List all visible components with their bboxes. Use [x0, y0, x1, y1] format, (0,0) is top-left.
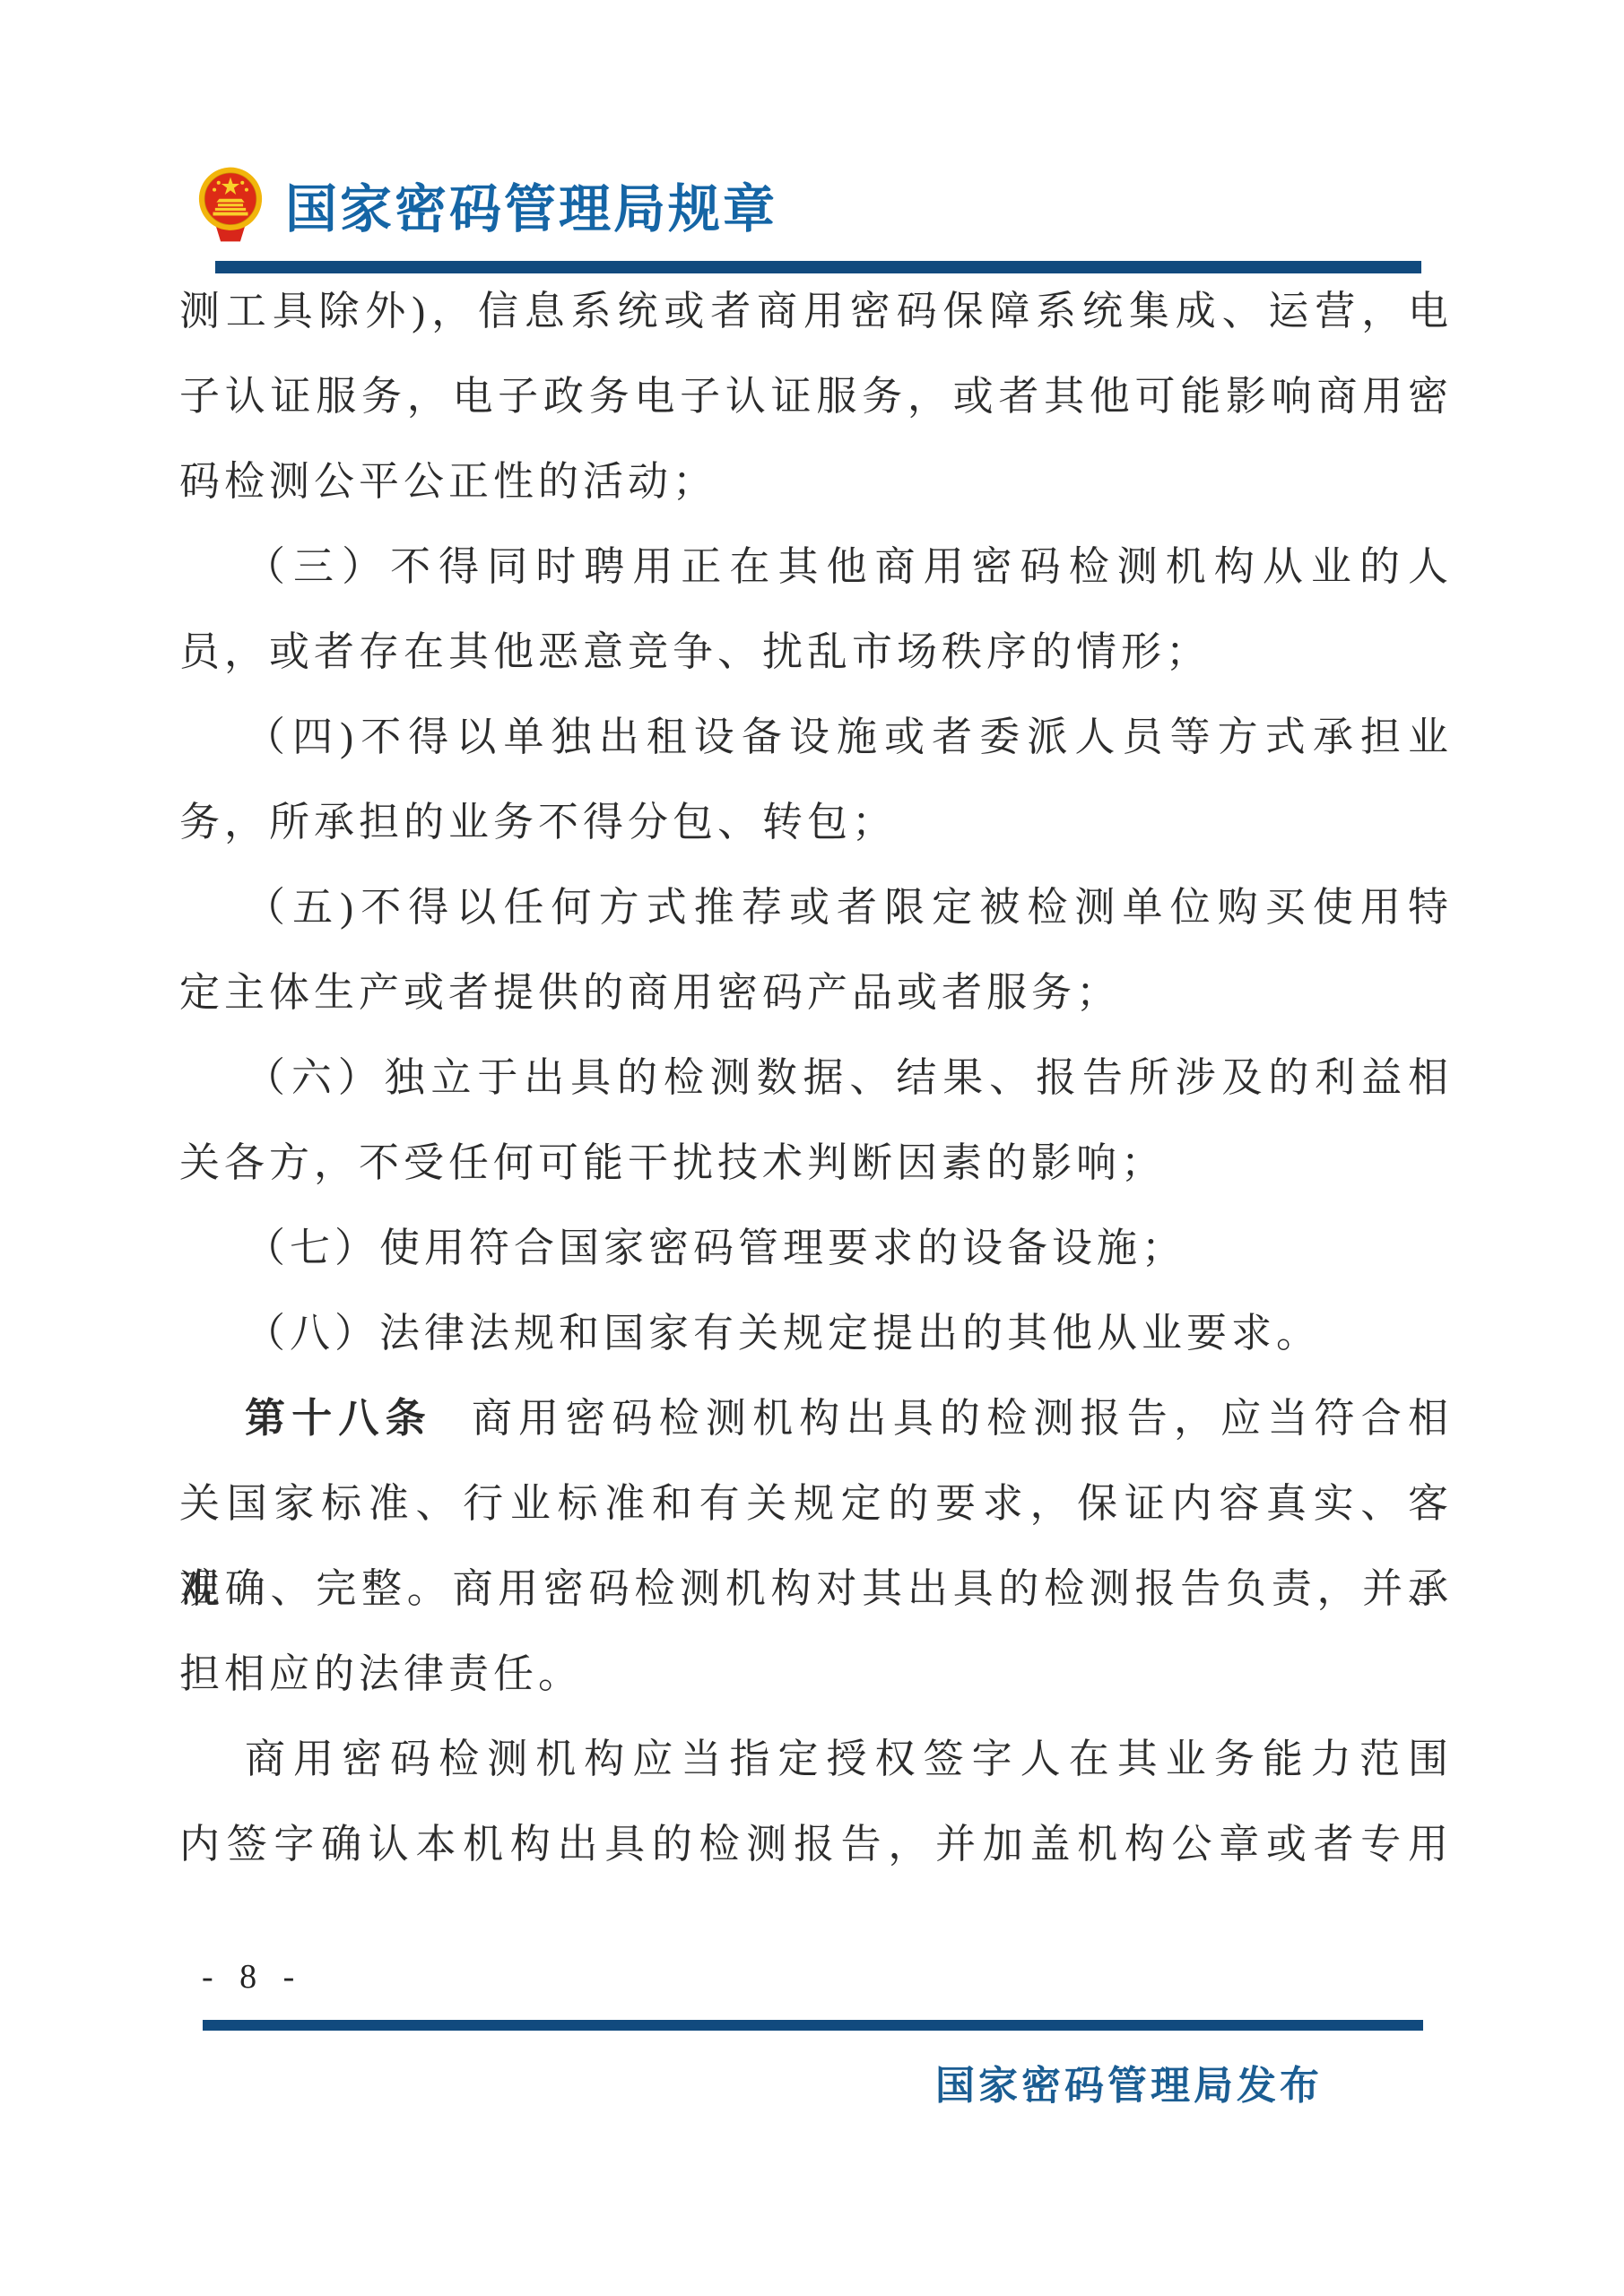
- article-text: 商用密码检测机构出具的检测报告，应当符合相: [472, 1396, 1453, 1441]
- article-number: 第十八条: [245, 1396, 432, 1441]
- body-line: 内签字确认本机构出具的检测报告，并加盖机构公章或者专用: [179, 1802, 1453, 1887]
- body-line: （八）法律法规和国家有关规定提出的其他从业要求。: [179, 1291, 1453, 1376]
- body-line: （六）独立于出具的检测数据、结果、报告所涉及的利益相: [179, 1035, 1453, 1121]
- body-line: 准确、完整。商用密码检测机构对其出具的检测报告负责，并承: [179, 1547, 1453, 1632]
- body-line: 担相应的法律责任。: [179, 1632, 1453, 1717]
- national-emblem-icon: [195, 166, 265, 243]
- body-line: （七）使用符合国家密码管理要求的设备设施；: [179, 1206, 1453, 1291]
- page-header: 国家密码管理局规章: [195, 166, 777, 243]
- body-line: （三）不得同时聘用正在其他商用密码检测机构从业的人: [179, 524, 1453, 610]
- document-body: 测工具除外)，信息系统或者商用密码保障系统集成、运营，电 子认证服务，电子政务电…: [179, 269, 1453, 1887]
- body-line: （四)不得以单独出租设备设施或者委派人员等方式承担业: [179, 695, 1453, 780]
- body-line: 员，或者存在其他恶意竞争、扰乱市场秩序的情形；: [179, 610, 1453, 695]
- body-line: 子认证服务，电子政务电子认证服务，或者其他可能影响商用密: [179, 354, 1453, 439]
- body-line: 关各方，不受任何可能干扰技术判断因素的影响；: [179, 1121, 1453, 1206]
- document-page: 国家密码管理局规章 测工具除外)，信息系统或者商用密码保障系统集成、运营，电 子…: [0, 0, 1624, 2296]
- page-number: - 8 -: [202, 1953, 303, 2001]
- body-line: （五)不得以任何方式推荐或者限定被检测单位购买使用特: [179, 865, 1453, 950]
- footer-divider: [203, 2020, 1423, 2031]
- body-line: 务，所承担的业务不得分包、转包；: [179, 780, 1453, 865]
- body-line: 商用密码检测机构应当指定授权签字人在其业务能力范围: [179, 1717, 1453, 1802]
- body-line: 定主体生产或者提供的商用密码产品或者服务；: [179, 950, 1453, 1035]
- publisher-label: 国家密码管理局发布: [935, 2053, 1323, 2110]
- body-line: 码检测公平公正性的活动；: [179, 439, 1453, 524]
- body-line-article-18: 第十八条商用密码检测机构出具的检测报告，应当符合相: [179, 1376, 1453, 1461]
- page-title: 国家密码管理局规章: [285, 167, 777, 242]
- body-line: 关国家标准、行业标准和有关规定的要求，保证内容真实、客观、: [179, 1461, 1453, 1547]
- body-line: 测工具除外)，信息系统或者商用密码保障系统集成、运营，电: [179, 269, 1453, 354]
